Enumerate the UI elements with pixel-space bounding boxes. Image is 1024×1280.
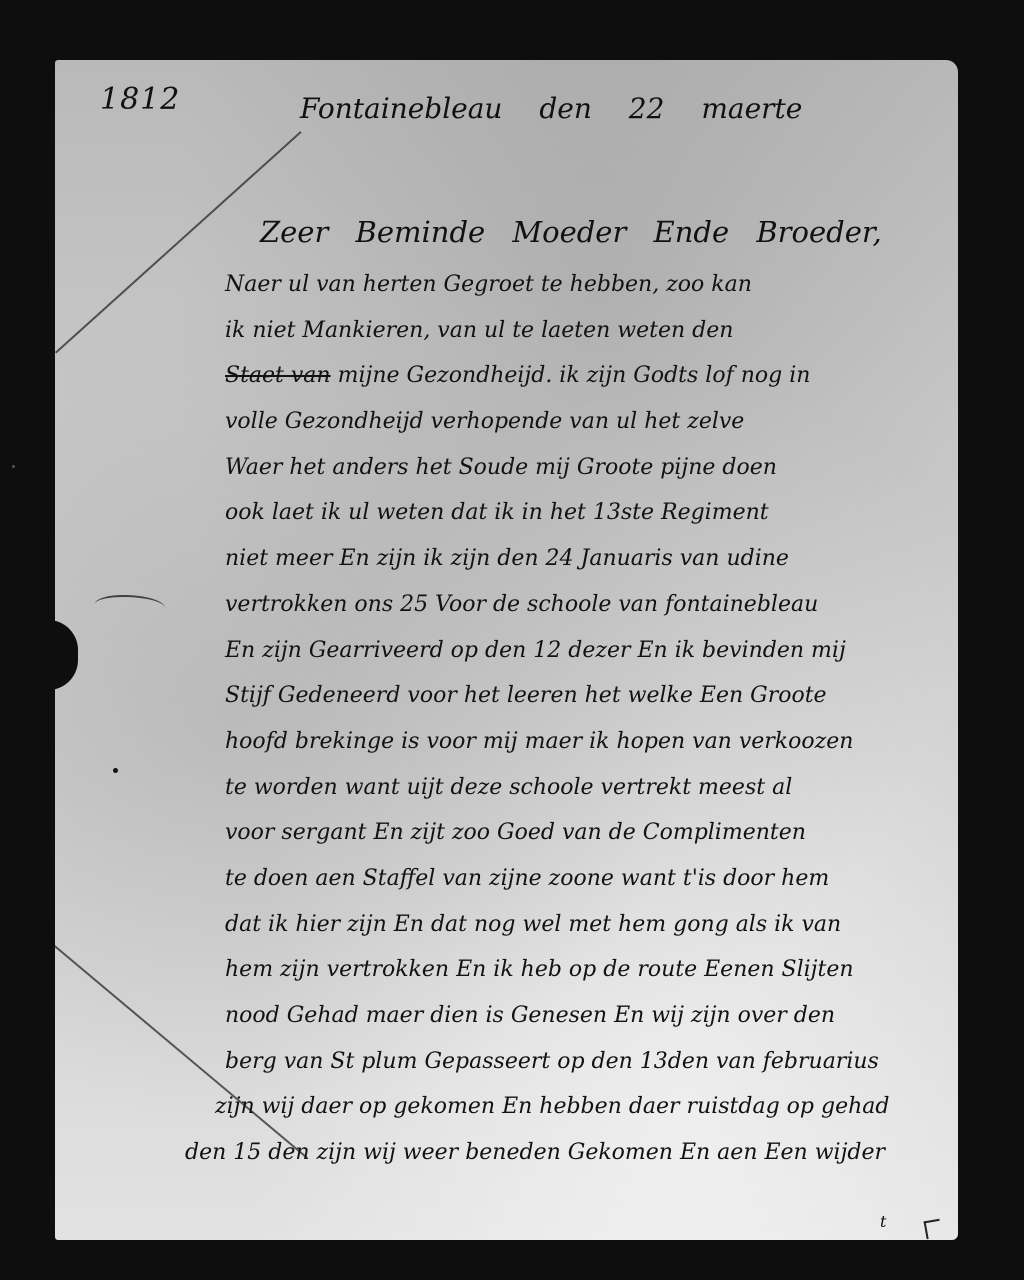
body-line: Naer ul van herten Gegroet te hebben, zo… [225, 262, 945, 308]
body-line-text: mijne Gezondheijd. ik zijn Godts lof nog… [338, 363, 811, 388]
body-line: Waer het anders het Soude mij Groote pij… [225, 445, 945, 491]
struck-text: Staet van [225, 363, 331, 388]
body-line: hoofd brekinge is voor mij maer ik hopen… [225, 719, 945, 765]
body-line: vertrokken ons 25 Voor de schoole van fo… [225, 582, 945, 628]
body-line: volle Gezondheijd verhopende van ul het … [225, 399, 945, 445]
letter-body: Naer ul van herten Gegroet te hebben, zo… [225, 262, 945, 1176]
body-line: niet meer En zijn ik zijn den 24 Januari… [225, 536, 945, 582]
body-line: ook laet ik ul weten dat ik in het 13ste… [225, 490, 945, 536]
body-line: ik niet Mankieren, van ul te laeten wete… [225, 308, 945, 354]
body-line: te doen aen Staffel van zijne zoone want… [225, 856, 945, 902]
scan-background: 1812 Fontainebleau den 22 maerte Zeer Be… [0, 0, 1024, 1280]
body-line: nood Gehad maer dien is Genesen En wij z… [225, 993, 945, 1039]
header-place: Fontainebleau [300, 92, 502, 125]
body-line: den 15 den zijn wij weer beneden Gekomen… [185, 1130, 945, 1176]
header-date: den 22 maerte [539, 92, 802, 125]
page-corner-mark [924, 1219, 943, 1240]
body-line: Staet van mijne Gezondheijd. ik zijn God… [225, 353, 945, 399]
year-annotation: 1812 [100, 82, 180, 117]
body-line: voor sergant En zijt zoo Goed van de Com… [225, 810, 945, 856]
body-line: En zijn Gearriveerd op den 12 dezer En i… [225, 628, 945, 674]
dust-speck [12, 465, 15, 468]
catchword: t [880, 1212, 886, 1231]
body-line: zijn wij daer op gekomen En hebben daer … [215, 1084, 945, 1130]
salutation: Zeer Beminde Moeder Ende Broeder, [260, 215, 882, 249]
body-line: dat ik hier zijn En dat nog wel met hem … [225, 902, 945, 948]
ink-speck [113, 768, 118, 773]
body-line: Stijf Gedeneerd voor het leeren het welk… [225, 673, 945, 719]
body-line: berg van St plum Gepasseert op den 13den… [225, 1039, 945, 1085]
letter-header: Fontainebleau den 22 maerte [300, 92, 802, 125]
body-line: hem zijn vertrokken En ik heb op de rout… [225, 947, 945, 993]
body-line: te worden want uijt deze schoole vertrek… [225, 765, 945, 811]
